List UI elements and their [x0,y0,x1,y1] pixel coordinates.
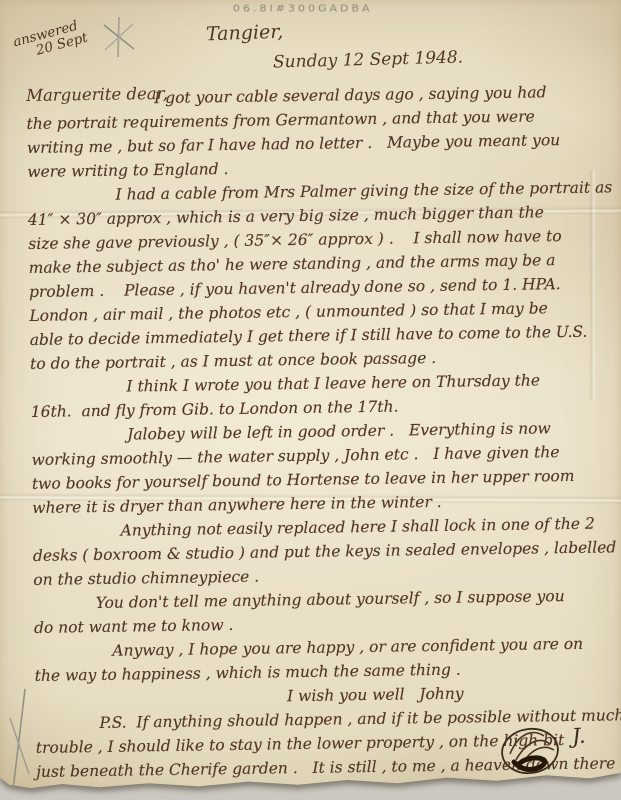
letter-date: Sunday 12 Sept 1948. [273,48,464,73]
answered-annotation: answered 20 Sept [12,17,90,63]
signature-initial: J. [571,724,586,749]
letter-lines: I got your cable several days ago , sayi… [26,79,618,784]
letter-body: Marguerite dear, I got your cable severa… [26,79,618,784]
pencil-x-margin-mark-icon [6,686,34,794]
accession-stamp-bleedthrough: 06.8I#300GADBA [233,3,373,15]
letter-place: Tangier, [206,21,284,46]
pencil-asterisk-icon [99,14,139,60]
letter-scan: 06.8I#300GADBA answered 20 Sept Tangier,… [0,0,621,800]
paper-sheet: 06.8I#300GADBA answered 20 Sept Tangier,… [0,0,621,800]
salutation: Marguerite dear, [26,84,168,105]
signature-monogram-icon [498,718,564,782]
